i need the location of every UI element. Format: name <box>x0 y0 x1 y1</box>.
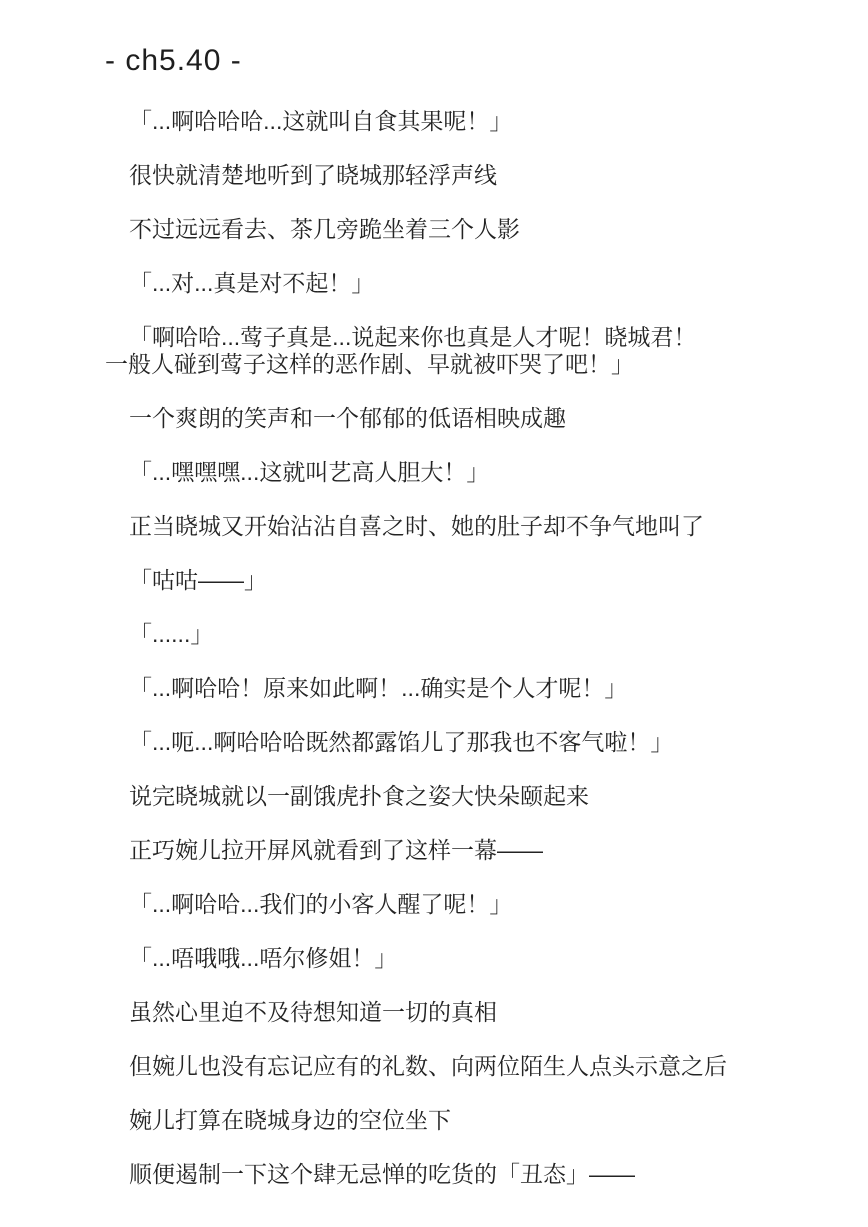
paragraph: 「...唔哦哦...唔尔修姐！」 <box>105 945 788 972</box>
paragraph: 「...嘿嘿嘿...这就叫艺高人胆大！」 <box>105 459 788 486</box>
paragraph: 一个爽朗的笑声和一个郁郁的低语相映成趣 <box>105 405 788 432</box>
paragraph-line: 「...嘿嘿嘿...这就叫艺高人胆大！」 <box>105 459 788 486</box>
paragraph: 「...啊哈哈...我们的小客人醒了呢！」 <box>105 891 788 918</box>
paragraph: 说完晓城就以一副饿虎扑食之姿大快朵颐起来 <box>105 783 788 810</box>
paragraph: 「...啊哈哈！原来如此啊！...确实是个人才呢！」 <box>105 675 788 702</box>
paragraph-line: 婉儿打算在晓城身边的空位坐下 <box>105 1107 788 1134</box>
paragraph-line: 但婉儿也没有忘记应有的礼数、向两位陌生人点头示意之后 <box>105 1053 788 1080</box>
paragraph-line: 很快就清楚地听到了晓城那轻浮声线 <box>105 162 788 189</box>
paragraph: 正当晓城又开始沾沾自喜之时、她的肚子却不争气地叫了 <box>105 513 788 540</box>
paragraph: 但婉儿也没有忘记应有的礼数、向两位陌生人点头示意之后 <box>105 1053 788 1080</box>
paragraph: 「啊哈哈...莺子真是...说起来你也真是人才呢！晓城君！一般人碰到莺子这样的恶… <box>105 324 788 378</box>
paragraph: 婉儿打算在晓城身边的空位坐下 <box>105 1107 788 1134</box>
paragraph: 不过远远看去、茶几旁跪坐着三个人影 <box>105 216 788 243</box>
paragraph: 「...呃...啊哈哈哈既然都露馅儿了那我也不客气啦！」 <box>105 729 788 756</box>
paragraph: 很快就清楚地听到了晓城那轻浮声线 <box>105 162 788 189</box>
paragraph-list: 「...啊哈哈哈...这就叫自食其果呢！」很快就清楚地听到了晓城那轻浮声线不过远… <box>105 108 788 1188</box>
paragraph: 虽然心里迫不及待想知道一切的真相 <box>105 999 788 1026</box>
document-page: - ch5.40 - 「...啊哈哈哈...这就叫自食其果呢！」很快就清楚地听到… <box>0 0 868 1227</box>
paragraph-line: 顺便遏制一下这个肆无忌惮的吃货的「丑态」—— <box>105 1161 788 1188</box>
paragraph: 「...对...真是对不起！」 <box>105 270 788 297</box>
paragraph-line: 一个爽朗的笑声和一个郁郁的低语相映成趣 <box>105 405 788 432</box>
paragraph-line: 正巧婉儿拉开屏风就看到了这样一幕—— <box>105 837 788 864</box>
paragraph-line: 「啊哈哈...莺子真是...说起来你也真是人才呢！晓城君！ <box>105 324 788 351</box>
paragraph-line: 正当晓城又开始沾沾自喜之时、她的肚子却不争气地叫了 <box>105 513 788 540</box>
paragraph-line: 「...啊哈哈...我们的小客人醒了呢！」 <box>105 891 788 918</box>
paragraph-line: 虽然心里迫不及待想知道一切的真相 <box>105 999 788 1026</box>
paragraph: 「...啊哈哈哈...这就叫自食其果呢！」 <box>105 108 788 135</box>
paragraph-line: 「...啊哈哈哈...这就叫自食其果呢！」 <box>105 108 788 135</box>
paragraph: 「......」 <box>105 621 788 648</box>
chapter-title: - ch5.40 - <box>105 44 788 78</box>
paragraph-line: 说完晓城就以一副饿虎扑食之姿大快朵颐起来 <box>105 783 788 810</box>
paragraph-line: 一般人碰到莺子这样的恶作剧、早就被吓哭了吧！」 <box>105 351 788 378</box>
paragraph: 正巧婉儿拉开屏风就看到了这样一幕—— <box>105 837 788 864</box>
paragraph-line: 不过远远看去、茶几旁跪坐着三个人影 <box>105 216 788 243</box>
paragraph-line: 「...呃...啊哈哈哈既然都露馅儿了那我也不客气啦！」 <box>105 729 788 756</box>
paragraph: 顺便遏制一下这个肆无忌惮的吃货的「丑态」—— <box>105 1161 788 1188</box>
paragraph-line: 「...对...真是对不起！」 <box>105 270 788 297</box>
paragraph: 「咕咕——」 <box>105 567 788 594</box>
paragraph-line: 「...唔哦哦...唔尔修姐！」 <box>105 945 788 972</box>
paragraph-line: 「......」 <box>105 621 788 648</box>
paragraph-line: 「...啊哈哈！原来如此啊！...确实是个人才呢！」 <box>105 675 788 702</box>
paragraph-line: 「咕咕——」 <box>105 567 788 594</box>
